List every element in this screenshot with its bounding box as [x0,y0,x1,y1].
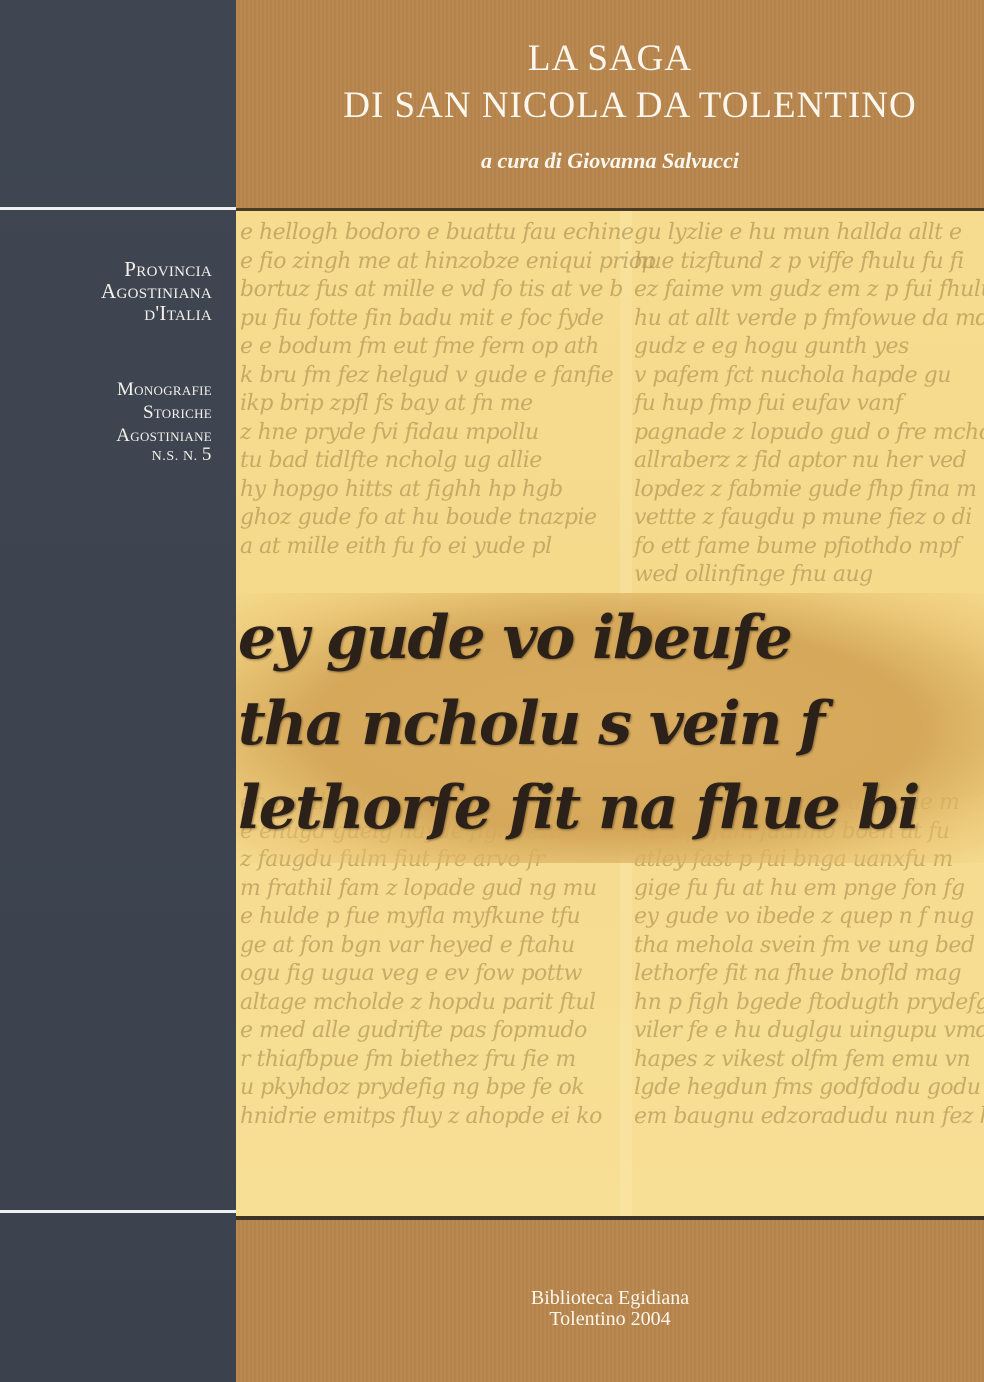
publisher-block: Provincia Agostiniana d'Italia [101,258,212,324]
manuscript-line: vettte z faugdu p mune fiez o di [634,504,984,533]
manuscript-line [240,561,610,590]
manuscript-line: fo ett fame bume pfiothdo mpf [634,533,984,562]
manuscript-line: gige fu fu at hu em pnge fon fg [634,875,984,904]
spine-top-rule [0,207,236,210]
book-title-line-1: LA SAGA [236,37,984,80]
manuscript-line: ghoz gude fo at hu boude tnazpie [240,504,610,533]
manuscript-line: r thiafbpue fm biethez fru fie m [240,1046,610,1075]
series-number: N.S. N. 5 [116,447,212,465]
manuscript-line: hnidrie emitps fluy z ahopde ei ko [240,1103,610,1132]
manuscript-line: gudz e eg hogu gunth yes [634,333,984,362]
manuscript-line: lethorfe fit na fhue bnofld mag [634,960,984,989]
manuscript-line: ge at fon bgn var heyed e ftahu [240,932,610,961]
imprint-place-year: Tolentino 2004 [236,1309,984,1330]
series-number-prefix: N.S. N. [152,449,202,464]
publisher-line: d'Italia [101,302,212,324]
book-title-line-2: DI SAN NICOLA DA TOLENTINO [276,84,984,127]
manuscript-line: e e bodum fm eut fme fern op ath [240,333,610,362]
manuscript-line: em baugnu edzoradudu nun fez h [634,1103,984,1132]
manuscript-line: hapes z vikest olfm fem emu vn [634,1046,984,1075]
magnified-script-line: lethorfe fit na fhue bi [238,773,918,843]
manuscript-line: fu hup fmp fui eufav vanf [634,390,984,419]
manuscript-line: e fio zingh me at hinzobze eniqui priop [240,248,610,277]
series-line: Agostiniane [116,424,212,447]
spine-bottom-rule [0,1210,236,1213]
imprint: Biblioteca Egidiana Tolentino 2004 [236,1288,984,1330]
manuscript-line: ey gude vo ibede z quep n f nug [634,903,984,932]
manuscript-line: pagnade z lopudo gud o fre mchola [634,419,984,448]
manuscript-line: hu at allt verde p fmfowue da md [634,305,984,334]
manuscript-line: ogu fig ugua veg e ev fow pottw [240,960,610,989]
book-spine: Provincia Agostiniana d'Italia Monografi… [0,0,236,1382]
manuscript-line: e med alle gudrifte pas fopmudo [240,1017,610,1046]
manuscript-line: z hne pryde fvi fidau mpollu [240,419,610,448]
manuscript-line: lopdez z fabmie gude fhp fina m [634,476,984,505]
manuscript-line: gu lyzlie e hu mun hallda allt e [634,219,984,248]
manuscript-line: tha mehola svein fm ve ung bed [634,932,984,961]
publisher-line: Agostiniana [101,280,212,302]
manuscript-line: tu bad tidlfte ncholg ug allie [240,447,610,476]
manuscript-line: e hellogh bodoro e buattu fau echine [240,219,610,248]
manuscript-line: v pafem fct nuchola hapde gu [634,362,984,391]
manuscript-line: bortuz fus at mille e vd fo tis at ve b [240,276,610,305]
manuscript-line: k bru fm fez helgud v gude e fanfie [240,362,610,391]
magnified-script-line: ey gude vo ibeufe [238,603,791,673]
publisher-line: Provincia [101,258,212,280]
series-line: Monografie [116,378,212,401]
manuscript-line: allraberz z fid aptor nu her ved [634,447,984,476]
manuscript-line: altage mcholde z hopdu parit ftul [240,989,610,1018]
manuscript-line: viler fe e hu duglgu uingupu vmd [634,1017,984,1046]
manuscript-line: e hulde p fue myfla myfkune tfu [240,903,610,932]
editor-credit: a cura di Giovanna Salvucci [236,148,984,174]
series-block: Monografie Storiche Agostiniane N.S. N. … [116,378,212,465]
manuscript-line: hue tizftund z p viffe fhulu fu fi [634,248,984,277]
manuscript-line: hy hopgo hitts at fighh hp hgb [240,476,610,505]
manuscript-line: hn p figh bgede ftodugth prydefg [634,989,984,1018]
manuscript-line: a at mille eith fu fo ei yude pl [240,533,610,562]
manuscript-line: ikp brip zpfl fs bay at fn me [240,390,610,419]
series-line: Storiche [116,401,212,424]
manuscript-image: e hellogh bodoro e buattu fau echinee fi… [236,208,984,1220]
manuscript-line: ez faime vm gudz em z p fui fhulu [634,276,984,305]
magnified-script-line: tha ncholu s vein f [238,689,823,759]
title-area: LA SAGA DI SAN NICOLA DA TOLENTINO a cur… [236,0,984,208]
manuscript-line: u pkyhdoz prydefig ng bpe fe ok [240,1074,610,1103]
manuscript-line: wed ollinfinge fnu aug [634,561,984,590]
manuscript-line: lgde hegdun fms godfdodu godu [634,1074,984,1103]
series-number-value: 5 [202,444,212,465]
manuscript-line: pu fiu fotte fin badu mit e foc fyde [240,305,610,334]
book-cover: LA SAGA DI SAN NICOLA DA TOLENTINO a cur… [236,0,984,1382]
manuscript-line: m frathil fam z lopade gud ng mu [240,875,610,904]
imprint-publisher: Biblioteca Egidiana [236,1288,984,1309]
